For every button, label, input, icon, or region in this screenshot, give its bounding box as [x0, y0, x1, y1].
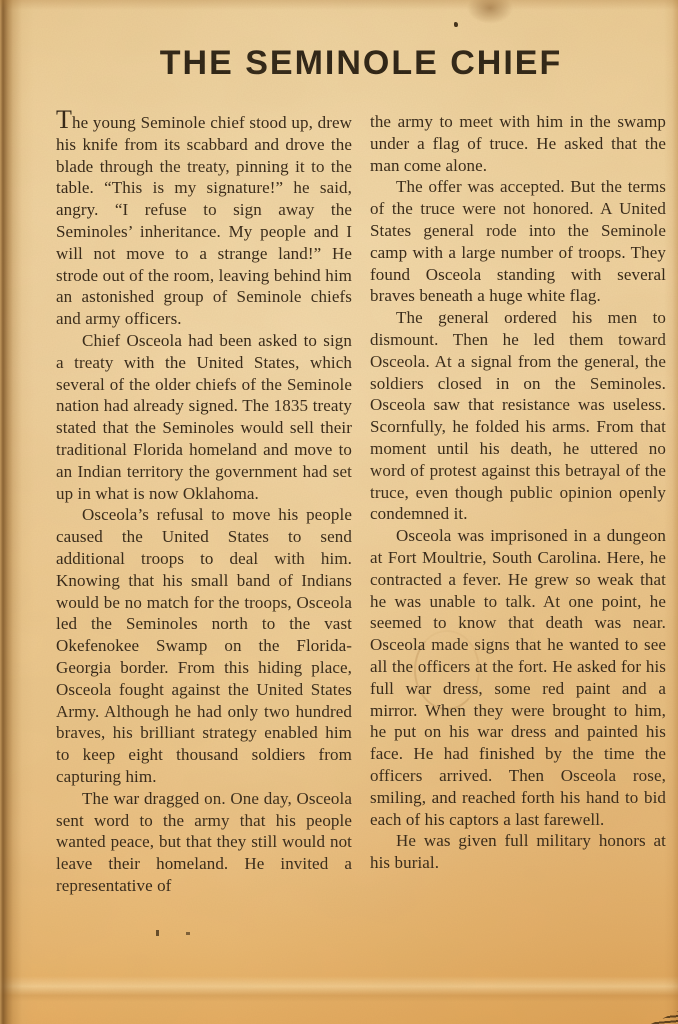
dropcap-letter: T [56, 105, 72, 134]
ink-speck [156, 930, 159, 936]
left-column: The young Seminole chief stood up, drew … [56, 111, 352, 897]
paragraph: The general ordered his men to dismount.… [370, 307, 666, 525]
paragraph: The war dragged on. One day, Osceola sen… [56, 788, 352, 897]
scanned-book-page: THE SEMINOLE CHIEF The young Seminole ch… [0, 0, 678, 1024]
page-content: THE SEMINOLE CHIEF The young Seminole ch… [56, 0, 666, 897]
paragraph: The offer was accepted. But the terms of… [370, 176, 666, 307]
page-right-edge-shadow [664, 0, 678, 1024]
paragraph-text: he young Seminole chief stood up, drew h… [56, 113, 352, 328]
paragraph: He was given full military honors at his… [370, 830, 666, 874]
paragraph: Osceola was imprisoned in a dungeon at F… [370, 525, 666, 830]
paragraph: The young Seminole chief stood up, drew … [56, 111, 352, 330]
paper-crease [0, 976, 678, 1002]
paragraph: Chief Osceola had been asked to sign a t… [56, 330, 352, 504]
corner-ink-streaks [644, 1008, 678, 1024]
page-spine-shadow [0, 0, 34, 1024]
ink-speck [186, 932, 190, 935]
paragraph: the army to meet with him in the swamp u… [370, 111, 666, 176]
right-column: the army to meet with him in the swamp u… [370, 111, 666, 874]
page-title: THE SEMINOLE CHIEF [56, 44, 666, 83]
text-columns: The young Seminole chief stood up, drew … [56, 111, 666, 897]
paragraph: Osceola’s refusal to move his people cau… [56, 504, 352, 787]
